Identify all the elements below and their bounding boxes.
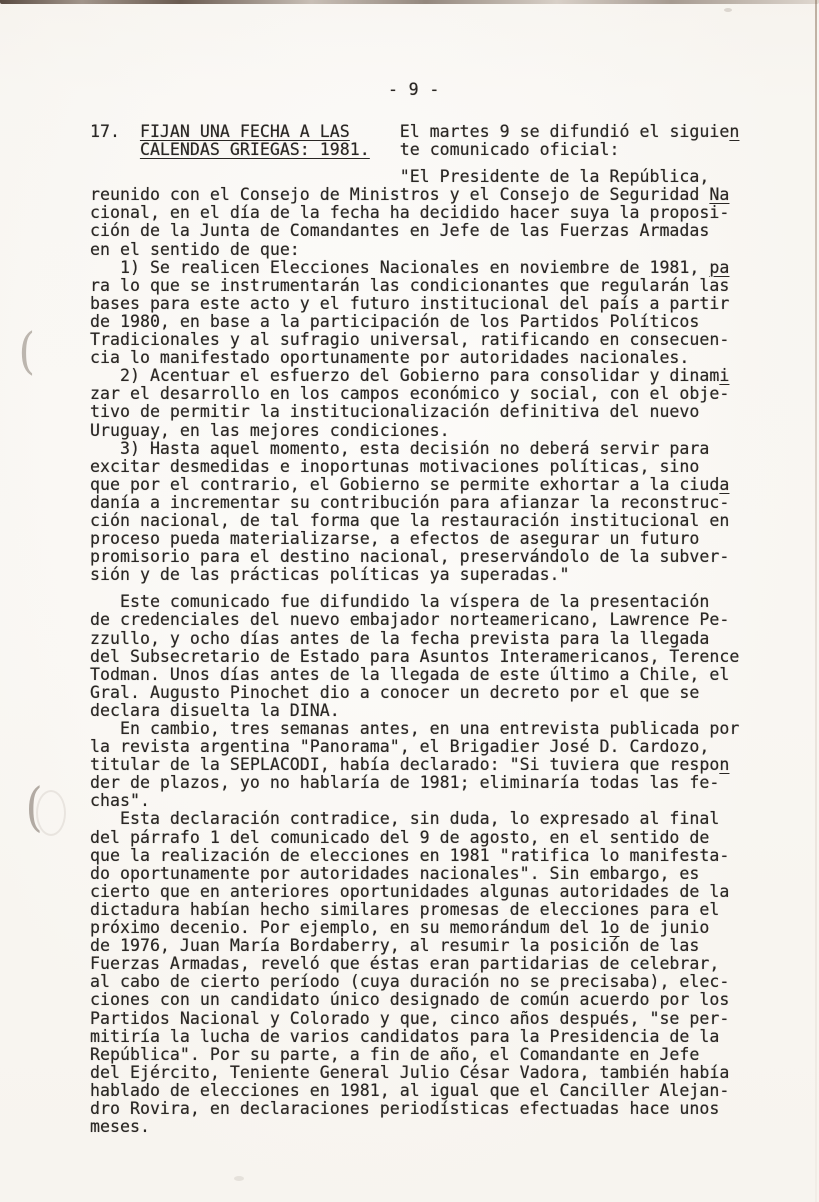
document-line: Esta declaración contradice, sin duda, l…	[90, 810, 750, 828]
document-line: danía a incrementar su contribución para…	[90, 494, 750, 512]
document-line: ción de la Junta de Comandantes en Jefe …	[90, 222, 750, 240]
margin-pencil-mark-1: (	[18, 322, 35, 380]
document-line: cia lo manifestado oportunamente por aut…	[90, 349, 750, 367]
scan-top-edge-artifact	[0, 0, 819, 4]
document-line: 2) Acentuar el esfuerzo del Gobierno par…	[90, 367, 750, 385]
document-line: del Ejército, Teniente General Julio Cés…	[90, 1064, 750, 1082]
document-line: 17. FIJAN UNA FECHA A LAS El martes 9 se…	[90, 123, 750, 141]
document-line: dictadura habían hecho similares promesa…	[90, 901, 750, 919]
document-line: Este comunicado fue difundido la víspera…	[90, 593, 750, 611]
document-line: bases para este acto y el futuro institu…	[90, 295, 750, 313]
document-line: del párrafo 1 del comunicado del 9 de ag…	[90, 829, 750, 847]
scan-smudge	[234, 1176, 244, 1181]
document-line: der de plazos, yo no hablaría de 1981; e…	[90, 774, 750, 792]
document-line: ra lo que se instrumentarán las condicio…	[90, 277, 750, 295]
document-line: hablado de elecciones en 1981, al igual …	[90, 1082, 750, 1100]
document-line: próximo decenio. Por ejemplo, en su memo…	[90, 919, 750, 937]
document-line: meses.	[90, 1118, 750, 1136]
document-line: mitiría la lucha de varios candidatos pa…	[90, 1028, 750, 1046]
document-line: declara disuelta la DINA.	[90, 702, 750, 720]
document-line: 3) Hasta aquel momento, esta decisión no…	[90, 440, 750, 458]
document-line: "El Presidente de la República,	[90, 168, 750, 186]
document-line: excitar desmedidas e inoportunas motivac…	[90, 458, 750, 476]
scan-smudge	[724, 8, 732, 12]
document-line: que por el contrario, el Gobierno se per…	[90, 476, 750, 494]
document-line: de 1976, Juan María Bordaberry, al resum…	[90, 937, 750, 955]
scanned-document-page: - 9 - 17. FIJAN UNA FECHA A LAS El marte…	[0, 0, 819, 1202]
document-line: titular de la SEPLACODI, había declarado…	[90, 756, 750, 774]
document-line: Gral. Augusto Pinochet dio a conocer un …	[90, 684, 750, 702]
document-line: en el sentido de que:	[90, 241, 750, 259]
document-line: al cabo de cierto período (cuya duración…	[90, 973, 750, 991]
document-line: de credenciales del nuevo embajador nort…	[90, 611, 750, 629]
document-line: proceso pueda materializarse, a efectos …	[90, 530, 750, 548]
scan-right-edge-artifact	[815, 0, 817, 1202]
document-line: República". Por su parte, a fin de año, …	[90, 1046, 750, 1064]
document-line: Fuerzas Armadas, reveló que éstas eran p…	[90, 955, 750, 973]
document-line: promisorio para el destino nacional, pre…	[90, 548, 750, 566]
document-line: zar el desarrollo en los campos económic…	[90, 385, 750, 403]
document-line: reunido con el Consejo de Ministros y el…	[90, 186, 750, 204]
page-number: - 9 -	[388, 80, 440, 99]
document-line: cional, en el día de la fecha ha decidid…	[90, 204, 750, 222]
document-line: Tradicionales y al sufragio universal, r…	[90, 331, 750, 349]
document-line: 1) Se realicen Elecciones Nacionales en …	[90, 259, 750, 277]
document-line: Partidos Nacional y Colorado y que, cinc…	[90, 1010, 750, 1028]
typewritten-text: 17. FIJAN UNA FECHA A LAS El martes 9 se…	[90, 123, 750, 1136]
document-line: do oportunamente por autoridades naciona…	[90, 865, 750, 883]
document-line: cierto que en anteriores oportunidades a…	[90, 883, 750, 901]
document-line: que la realización de elecciones en 1981…	[90, 847, 750, 865]
document-line: tivo de permitir la institucionalización…	[90, 403, 750, 421]
document-line: zzullo, y ocho días antes de la fecha pr…	[90, 630, 750, 648]
document-line: ciones con un candidato único designado …	[90, 991, 750, 1009]
document-line: chas".	[90, 792, 750, 810]
document-line: En cambio, tres semanas antes, en una en…	[90, 720, 750, 738]
document-line: la revista argentina "Panorama", el Brig…	[90, 738, 750, 756]
document-line: del Subsecretario de Estado para Asuntos…	[90, 648, 750, 666]
document-line: Uruguay, en las mejores condiciones.	[90, 422, 750, 440]
margin-pencil-smudge	[36, 790, 66, 836]
document-line: dro Rovira, en declaraciones periodístic…	[90, 1100, 750, 1118]
document-line: de 1980, en base a la participación de l…	[90, 313, 750, 331]
document-line: Todman. Unos días antes de la llegada de…	[90, 666, 750, 684]
document-line: CALENDAS GRIEGAS: 1981. te comunicado of…	[90, 141, 750, 159]
document-line: ción nacional, de tal forma que la resta…	[90, 512, 750, 530]
document-line: sión y de las prácticas políticas ya sup…	[90, 566, 750, 584]
